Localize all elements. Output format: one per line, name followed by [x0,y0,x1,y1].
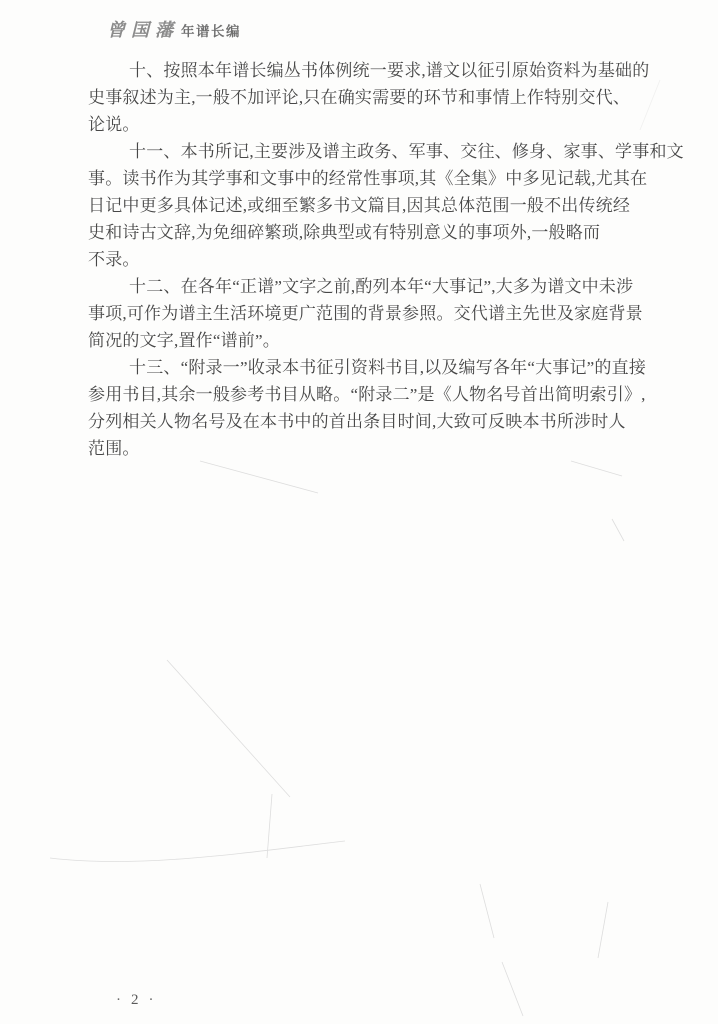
crease-line [502,962,523,1016]
text-line: 史事叙述为主,一般不加评论,只在确实需要的环节和事情上作特别交代、 [88,84,652,111]
scanned-book-page: 曾国藩 年谱长编 十、按照本年谱长编丛书体例统一要求,谱文以征引原始资料为基础的… [0,0,718,1024]
header-title-suffix: 年谱长编 [181,20,241,40]
text-line: 十、按照本年谱长编丛书体例统一要求,谱文以征引原始资料为基础的 [88,57,652,84]
crease-line [267,794,272,858]
paragraph: 十二、在各年“正谱”文字之前,酌列本年“大事记”,大多为谱文中未涉事项,可作为谱… [88,273,652,354]
paragraph: 十三、“附录一”收录本书征引资料书目,以及编写各年“大事记”的直接参用书目,其余… [88,354,652,462]
running-header: 曾国藩 年谱长编 [107,16,241,38]
paragraph: 十一、本书所记,主要涉及谱主政务、军事、交往、修身、家事、学事和文事。读书作为其… [88,138,652,273]
body-text: 十、按照本年谱长编丛书体例统一要求,谱文以征引原始资料为基础的史事叙述为主,一般… [88,57,652,462]
text-line: 十一、本书所记,主要涉及谱主政务、军事、交往、修身、家事、学事和文 [88,138,652,165]
text-line: 十二、在各年“正谱”文字之前,酌列本年“大事记”,大多为谱文中未涉 [88,273,652,300]
text-line: 论说。 [88,111,652,138]
text-line: 范围。 [88,435,652,462]
text-line: 简况的文字,置作“谱前”。 [88,327,652,354]
text-line: 参用书目,其余一般参考书目从略。“附录二”是《人物名号首出简明索引》, [88,381,652,408]
page-footer: · 2 · [116,992,154,1009]
text-line: 分列相关人物名号及在本书中的首出条目时间,大致可反映本书所涉时人 [88,408,652,435]
text-line: 日记中更多具体记述,或细至繁多书文篇目,因其总体范围一般不出传统经 [88,192,652,219]
text-line: 十三、“附录一”收录本书征引资料书目,以及编写各年“大事记”的直接 [88,354,652,381]
crease-line [571,461,622,476]
crease-line [480,884,494,938]
crease-line [612,519,624,541]
text-line: 史和诗古文辞,为免细碎繁琐,除典型或有特别意义的事项外,一般略而 [88,219,652,246]
crease-line [200,461,318,493]
text-line: 事。读书作为其学事和文事中的经常性事项,其《全集》中多见记载,尤其在 [88,165,652,192]
text-line: 不录。 [88,246,652,273]
crease-line [50,841,345,862]
crease-line [167,660,290,797]
folio-page-number: 2 [131,992,139,1009]
header-title-calligraphic: 曾国藩 [107,16,179,42]
folio-left-dot: · [116,993,121,1008]
crease-line [598,902,608,958]
folio-right-dot: · [149,993,154,1008]
text-line: 事项,可作为谱主生活环境更广范围的背景参照。交代谱主先世及家庭背景 [88,300,652,327]
paragraph: 十、按照本年谱长编丛书体例统一要求,谱文以征引原始资料为基础的史事叙述为主,一般… [88,57,652,138]
